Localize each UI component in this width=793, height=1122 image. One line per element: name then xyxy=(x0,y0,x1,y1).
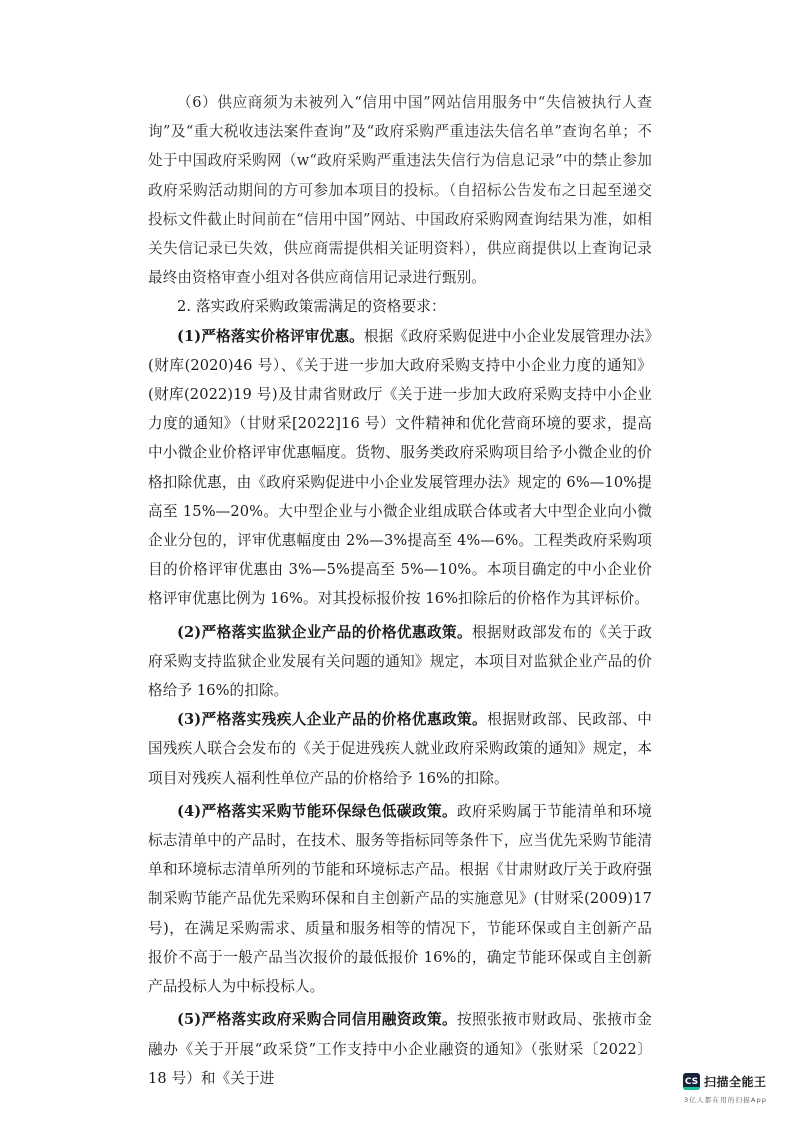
paragraph-text: （6）供应商须为未被列入“信用中国”网站信用服务中“失信被执行人查询”及“重大税… xyxy=(148,94,652,286)
camscanner-logo-icon: CS xyxy=(683,1073,700,1090)
policy-lead: (5)严格落实政府采购合同信用融资政策。 xyxy=(177,1011,457,1028)
watermark-title: 扫描全能王 xyxy=(704,1073,767,1090)
policy-lead: (2)严格落实监狱企业产品的价格优惠政策。 xyxy=(177,624,472,641)
paragraph-policy-4: (4)严格落实采购节能环保绿色低碳政策。政府采购属于节能清单和环境标志清单中的产… xyxy=(148,797,652,1001)
heading-text: 2. 落实政府采购政策需满足的资格要求： xyxy=(177,298,446,315)
policy-lead: (4)严格落实采购节能环保绿色低碳政策。 xyxy=(177,803,457,820)
section-2-heading: 2. 落实政府采购政策需满足的资格要求： xyxy=(148,292,652,321)
paragraph-text: 根据《政府采购促进中小企业发展管理办法》(财库(2020)46 号）、《关于进一… xyxy=(148,328,652,608)
policy-lead: (3)严格落实残疾人企业产品的价格优惠政策。 xyxy=(177,711,487,728)
paragraph-policy-2: (2)严格落实监狱企业产品的价格优惠政策。根据财政部发布的《关于政府采购支持监狱… xyxy=(148,618,652,706)
paragraph-policy-1: (1)严格落实价格评审优惠。根据《政府采购促进中小企业发展管理办法》(财库(20… xyxy=(148,322,652,614)
paragraph-text: 政府采购属于节能清单和环境标志清单中的产品时，在技术、服务等指标同等条件下，应当… xyxy=(148,803,652,995)
logo-text: CS xyxy=(685,1077,698,1087)
watermark-subtitle: 3亿人都在用的扫描App xyxy=(684,1095,793,1104)
paragraph-item-6: （6）供应商须为未被列入“信用中国”网站信用服务中“失信被执行人查询”及“重大税… xyxy=(148,88,652,292)
policy-lead: (1)严格落实价格评审优惠。 xyxy=(177,328,364,345)
document-page: （6）供应商须为未被列入“信用中国”网站信用服务中“失信被执行人查询”及“重大税… xyxy=(148,88,652,1093)
scanner-watermark: CS 扫描全能王 3亿人都在用的扫描App xyxy=(683,1073,793,1104)
paragraph-policy-5: (5)严格落实政府采购合同信用融资政策。按照张掖市财政局、张掖市金融办《关于开展… xyxy=(148,1005,652,1093)
paragraph-policy-3: (3)严格落实残疾人企业产品的价格优惠政策。根据财政部、民政部、中国残疾人联合会… xyxy=(148,705,652,793)
